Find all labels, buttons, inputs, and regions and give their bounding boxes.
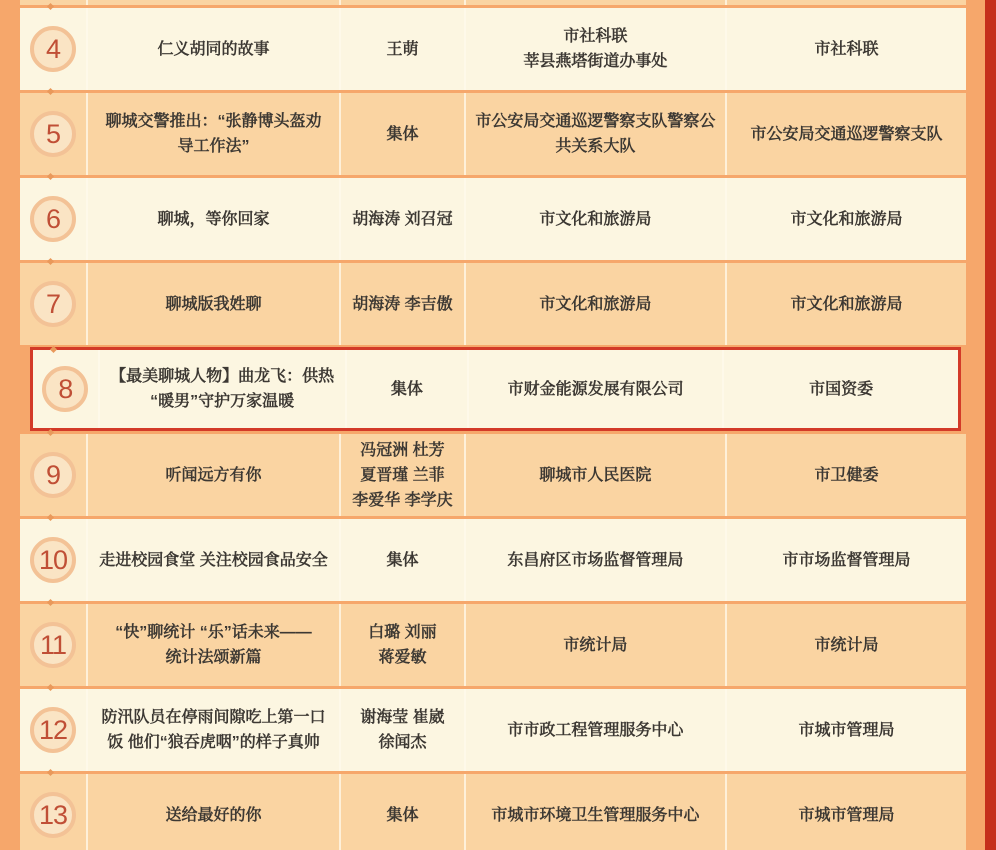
cell-number: 7	[20, 263, 88, 345]
cell-title: 聊城交警推出：“张静博头盔劝 导工作法”	[88, 93, 341, 175]
row-number-badge: 9	[30, 452, 76, 498]
row-number: 7	[46, 291, 60, 318]
cell-number: 4	[20, 8, 88, 90]
cell-number	[20, 0, 88, 5]
cell-title: 【最美聊城人物】曲龙飞：供热 “暖男”守护万家温暖	[100, 350, 347, 428]
table-row: 6 聊城，等你回家 胡海涛 刘召冠 市文化和旅游局 市文化和旅游局	[20, 178, 966, 260]
cell-title: 走进校园食堂 关注校园食品安全	[88, 519, 341, 601]
cell-number: 9	[20, 434, 88, 516]
cell-author: 集体	[341, 774, 466, 850]
cell-recommender: 市文化和旅游局	[727, 178, 966, 260]
cell-author	[341, 0, 466, 5]
row-partial-top	[20, 0, 966, 5]
cell-recommender	[727, 0, 966, 5]
cell-recommender: 市社科联	[727, 8, 966, 90]
cell-org: 市城市环境卫生管理服务中心	[466, 774, 727, 850]
row-number-badge: 6	[30, 196, 76, 242]
cell-title: 送给最好的你	[88, 774, 341, 850]
cell-org: 市公安局交通巡逻警察支队警察公 共关系大队	[466, 93, 727, 175]
cell-number: 11	[20, 604, 88, 686]
cell-number: 13	[20, 774, 88, 850]
cell-recommender: 市城市管理局	[727, 774, 966, 850]
cell-org	[466, 0, 727, 5]
cell-author: 集体	[347, 350, 469, 428]
row-number: 4	[46, 36, 60, 63]
table-row: 9 听闻远方有你 冯冠洲 杜芳 夏晋瑾 兰菲 李爱华 李学庆 聊城市人民医院 市…	[20, 434, 966, 516]
row-number: 9	[46, 462, 60, 489]
cell-author: 胡海涛 李吉傲	[341, 263, 466, 345]
table-row: 11 “快”聊统计 “乐”话未来—— 统计法颂新篇 白璐 刘丽 蒋爱敏 市统计局…	[20, 604, 966, 686]
cell-recommender: 市统计局	[727, 604, 966, 686]
cell-org: 市市政工程管理服务中心	[466, 689, 727, 771]
table-row: 12 防汛队员在停雨间隙吃上第一口 饭 他们“狼吞虎咽”的样子真帅 谢海莹 崔崴…	[20, 689, 966, 771]
cell-org: 市财金能源发展有限公司	[469, 350, 724, 428]
cell-number: 10	[20, 519, 88, 601]
row-number: 6	[46, 206, 60, 233]
cell-org: 东昌府区市场监督管理局	[466, 519, 727, 601]
cell-title: 仁义胡同的故事	[88, 8, 341, 90]
table-row: 13 送给最好的你 集体 市城市环境卫生管理服务中心 市城市管理局	[20, 774, 966, 850]
cell-author: 白璐 刘丽 蒋爱敏	[341, 604, 466, 686]
page-edge-red-strip	[985, 0, 996, 850]
cell-number: 8	[33, 350, 100, 428]
row-number: 13	[39, 802, 67, 829]
row-number-badge: 13	[30, 792, 76, 838]
table-row: 10 走进校园食堂 关注校园食品安全 集体 东昌府区市场监督管理局 市市场监督管…	[20, 519, 966, 601]
cell-author: 王萌	[341, 8, 466, 90]
row-number: 12	[39, 717, 67, 744]
row-number: 8	[58, 376, 72, 403]
row-number-badge: 10	[30, 537, 76, 583]
cell-title: “快”聊统计 “乐”话未来—— 统计法颂新篇	[88, 604, 341, 686]
cell-recommender: 市城市管理局	[727, 689, 966, 771]
cell-title: 防汛队员在停雨间隙吃上第一口 饭 他们“狼吞虎咽”的样子真帅	[88, 689, 341, 771]
row-number: 10	[39, 547, 67, 574]
cell-org: 市社科联 莘县燕塔街道办事处	[466, 8, 727, 90]
cell-number: 12	[20, 689, 88, 771]
cell-number: 6	[20, 178, 88, 260]
row-number: 11	[40, 632, 66, 659]
cell-recommender: 市国资委	[724, 350, 958, 428]
table-row-highlighted: 8 【最美聊城人物】曲龙飞：供热 “暖男”守护万家温暖 集体 市财金能源发展有限…	[30, 347, 961, 431]
cell-number: 5	[20, 93, 88, 175]
cell-recommender: 市文化和旅游局	[727, 263, 966, 345]
cell-recommender: 市公安局交通巡逻警察支队	[727, 93, 966, 175]
cell-author: 胡海涛 刘召冠	[341, 178, 466, 260]
row-number-badge: 8	[42, 366, 88, 412]
cell-author: 冯冠洲 杜芳 夏晋瑾 兰菲 李爱华 李学庆	[341, 434, 466, 516]
row-number-badge: 4	[30, 26, 76, 72]
cell-org: 聊城市人民医院	[466, 434, 727, 516]
cell-title	[88, 0, 341, 5]
award-table: 4 仁义胡同的故事 王萌 市社科联 莘县燕塔街道办事处 市社科联 5 聊城交警推…	[20, 0, 966, 850]
cell-org: 市文化和旅游局	[466, 178, 727, 260]
row-number-badge: 5	[30, 111, 76, 157]
cell-author: 谢海莹 崔崴 徐闻杰	[341, 689, 466, 771]
table-row: 7 聊城版我姓聊 胡海涛 李吉傲 市文化和旅游局 市文化和旅游局	[20, 263, 966, 345]
table-row: 4 仁义胡同的故事 王萌 市社科联 莘县燕塔街道办事处 市社科联	[20, 8, 966, 90]
cell-author: 集体	[341, 93, 466, 175]
cell-org: 市文化和旅游局	[466, 263, 727, 345]
cell-author: 集体	[341, 519, 466, 601]
row-number-badge: 7	[30, 281, 76, 327]
cell-recommender: 市卫健委	[727, 434, 966, 516]
row-number-badge: 12	[30, 707, 76, 753]
cell-org: 市统计局	[466, 604, 727, 686]
row-number: 5	[46, 121, 60, 148]
page-root: 4 仁义胡同的故事 王萌 市社科联 莘县燕塔街道办事处 市社科联 5 聊城交警推…	[0, 0, 996, 850]
cell-title: 聊城版我姓聊	[88, 263, 341, 345]
table-row: 5 聊城交警推出：“张静博头盔劝 导工作法” 集体 市公安局交通巡逻警察支队警察…	[20, 93, 966, 175]
row-number-badge: 11	[30, 622, 76, 668]
cell-title: 聊城，等你回家	[88, 178, 341, 260]
cell-recommender: 市市场监督管理局	[727, 519, 966, 601]
cell-title: 听闻远方有你	[88, 434, 341, 516]
